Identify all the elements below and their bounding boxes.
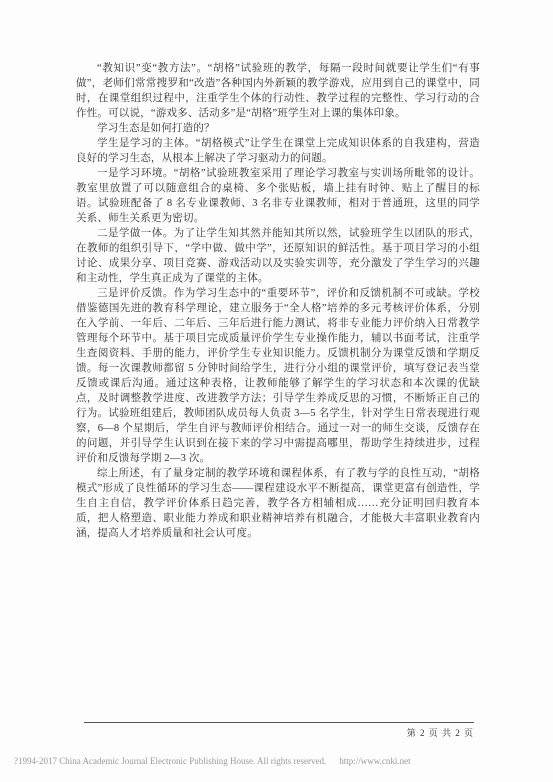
page-number-indicator: 第 2 页 共 2 页 (84, 726, 474, 739)
body-paragraph: 一是学习环境。“胡格”试验班教室采用了理论学习教室与实训场所毗邻的设计。教室里放… (76, 166, 480, 226)
document-page: “教知识”变“教方法”。“胡格”试验班的教学，每隔一段时间就要让学生们“有事做”… (0, 0, 553, 782)
copyright-bar: ?1994-2017 China Academic Journal Electr… (14, 756, 444, 766)
body-paragraph: 二是学做一体。为了让学生知其然并能知其所以然，试验班学生以团队的形式，在教师的组… (76, 226, 480, 286)
body-paragraph: “教知识”变“教方法”。“胡格”试验班的教学，每隔一段时间就要让学生们“有事做”… (76, 61, 480, 121)
body-paragraph: 综上所述，有了量身定制的教学环境和课程体系，有了教与学的良性互动，“胡格模式”形… (76, 466, 480, 541)
body-paragraph: 学习生态是如何打造的？ (76, 121, 480, 136)
document-body: “教知识”变“教方法”。“胡格”试验班的教学，每隔一段时间就要让学生们“有事做”… (76, 61, 480, 541)
cnki-url: http://www.cnki.net (339, 756, 410, 766)
footer-divider (84, 722, 474, 723)
body-paragraph: 学生是学习的主体。“胡格模式”让学生在课堂上完成知识体系的自我建构，营造良好的学… (76, 136, 480, 166)
body-paragraph: 三是评价反馈。作为学习生态中的“重要环节”，评价和反馈机制不可或缺。学校借鉴德国… (76, 286, 480, 466)
copyright-text: ?1994-2017 China Academic Journal Electr… (14, 756, 326, 766)
